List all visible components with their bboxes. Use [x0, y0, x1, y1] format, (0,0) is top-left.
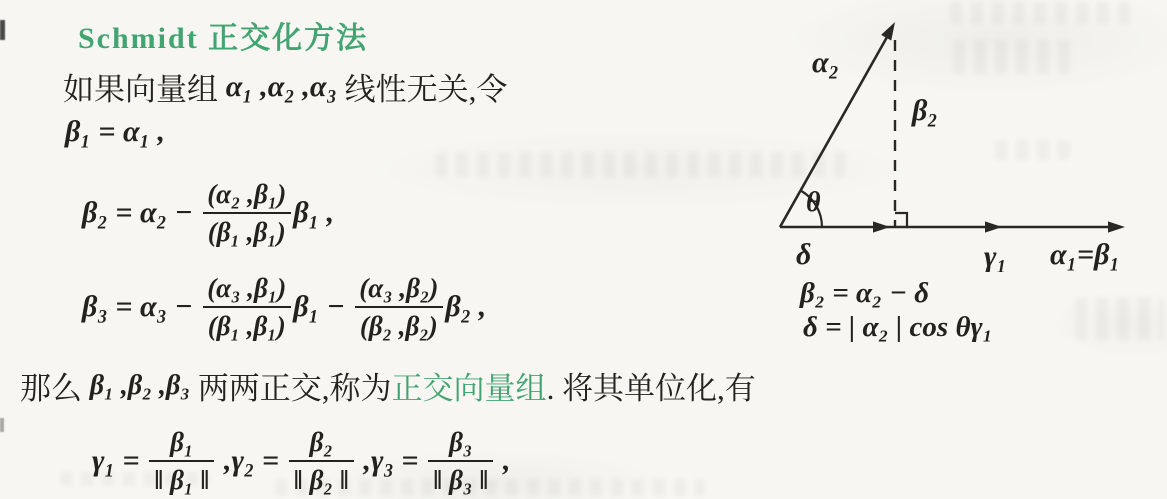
- fraction-norm: β₂ ‖ β₂ ‖: [289, 427, 354, 496]
- bleed-through-artifact: [1075, 298, 1163, 340]
- fraction-inner-product: (α₃ ,β₂) (β₂ ,β₂): [354, 273, 443, 342]
- equals-sign: =: [254, 444, 286, 478]
- fraction-numerator: β₂: [305, 427, 338, 460]
- conclusion-sentence: 那么 β₁ ,β₂ ,β₃ 两两正交,称为 正交向量组 . 将其单位化,有: [20, 363, 756, 408]
- beta3-term-alpha3: α₃: [140, 290, 167, 324]
- beta1-lhs: β₁: [65, 115, 91, 149]
- gamma3-lhs: γ₃: [371, 444, 394, 478]
- equals-sign: =: [91, 115, 123, 149]
- fraction-denominator: ‖ β₁ ‖: [149, 460, 214, 496]
- beta2-lhs: β₂: [82, 196, 108, 230]
- minus-sign: −: [167, 290, 200, 324]
- intro-vector-list: α₁ ,α₂ ,α₃: [226, 70, 337, 104]
- gamma2-lhs: γ₂: [231, 444, 254, 478]
- alpha2-label: α₂: [812, 46, 839, 79]
- right-angle-mark: [895, 213, 907, 227]
- equation-beta2: β₂ = α₂ − (α₂ ,β₁) (β₁ ,β₁) β₁ ,: [82, 172, 334, 254]
- fraction-norm: β₃ ‖ β₃ ‖: [428, 427, 493, 496]
- conclusion-highlight-term: 正交向量组: [392, 363, 547, 408]
- equals-sign: =: [108, 290, 140, 324]
- beta1-rhs: α₁: [123, 115, 150, 149]
- delta-arrowhead: [873, 221, 890, 232]
- fraction-numerator: β₃: [444, 427, 477, 460]
- delta-label: δ: [796, 238, 811, 271]
- separator-comma: ,: [356, 444, 371, 478]
- beta2-label: β₂: [911, 94, 938, 127]
- trailing-comma: ,: [471, 290, 486, 324]
- beta3-lhs: β₃: [82, 290, 108, 324]
- equals-sign: =: [394, 444, 426, 478]
- theta-label: θ: [806, 187, 821, 218]
- fraction-denominator: (β₂ ,β₂): [355, 306, 443, 342]
- fraction-denominator: ‖ β₃ ‖: [428, 460, 493, 496]
- fraction-numerator: (α₃ ,β₁): [202, 273, 291, 306]
- equals-sign: =: [108, 196, 140, 230]
- minus-sign: −: [319, 290, 352, 324]
- diagram-equation-delta: δ = | α₂ | cos θγ₁: [803, 311, 993, 344]
- fraction-numerator: (α₃ ,β₂): [354, 273, 443, 306]
- axis-label-alpha1-beta1: α₁=β₁: [1050, 238, 1120, 271]
- beta3-term-beta1: β₁: [293, 290, 319, 324]
- axis-arrowhead: [1108, 221, 1125, 232]
- trailing-comma: ,: [150, 115, 165, 149]
- separator-comma: ,: [216, 444, 231, 478]
- beta2-term-alpha2: α₂: [140, 196, 167, 230]
- beta3-term-beta2: β₂: [445, 290, 471, 324]
- fraction-numerator: β₁: [165, 427, 198, 460]
- equals-sign: =: [115, 444, 147, 478]
- fraction-denominator: (β₁ ,β₁): [203, 306, 291, 342]
- scan-edge-mark: [0, 418, 4, 432]
- minus-sign: −: [167, 196, 200, 230]
- gamma1-arrowhead: [985, 221, 1002, 232]
- trailing-comma: ,: [319, 196, 334, 230]
- alpha2-arrowhead: [881, 19, 900, 40]
- fraction-inner-product: (α₂ ,β₁) (β₁ ,β₁): [202, 179, 291, 248]
- conclusion-text-post: . 将其单位化,有: [547, 363, 756, 408]
- fraction-inner-product: (α₃ ,β₁) (β₁ ,β₁): [202, 273, 291, 342]
- diagram-equation-projection: β₂ = α₂ − δ: [800, 277, 929, 310]
- scan-edge-mark: [0, 20, 5, 40]
- section-heading: Schmidt 正交化方法: [78, 13, 368, 57]
- equation-gamma-normalization: γ₁ = β₁ ‖ β₁ ‖ , γ₂ = β₂ ‖ β₂ ‖ , γ₃ = β…: [92, 424, 510, 498]
- textbook-page: Schmidt 正交化方法 如果向量组 α₁ ,α₂ ,α₃ 线性无关,令 β₁…: [0, 0, 1167, 499]
- intro-text-pre: 如果向量组: [63, 64, 226, 109]
- equation-beta1: β₁ = α₁ ,: [65, 115, 165, 149]
- intro-text-post: 线性无关,令: [337, 64, 508, 109]
- fraction-denominator: (β₁ ,β₁): [203, 212, 291, 248]
- conclusion-vector-list: β₁ ,β₂ ,β₃: [90, 370, 190, 402]
- fraction-denominator: ‖ β₂ ‖: [289, 460, 354, 496]
- equation-beta3: β₃ = α₃ − (α₃ ,β₁) (β₁ ,β₁) β₁ − (α₃ ,β₂…: [82, 266, 486, 348]
- conclusion-text-pre: 那么: [20, 363, 90, 408]
- gamma1-label: γ₁: [984, 240, 1007, 272]
- fraction-norm: β₁ ‖ β₁ ‖: [149, 427, 214, 496]
- beta2-term-beta1: β₁: [293, 196, 319, 230]
- projection-diagram: α₂ β₂ θ δ γ₁ α₁=β₁: [740, 0, 1167, 272]
- trailing-comma: ,: [495, 444, 510, 478]
- fraction-numerator: (α₂ ,β₁): [202, 179, 291, 212]
- intro-sentence: 如果向量组 α₁ ,α₂ ,α₃ 线性无关,令: [63, 64, 507, 109]
- conclusion-text-mid: 两两正交,称为: [190, 363, 392, 408]
- gamma1-lhs: γ₁: [92, 444, 115, 478]
